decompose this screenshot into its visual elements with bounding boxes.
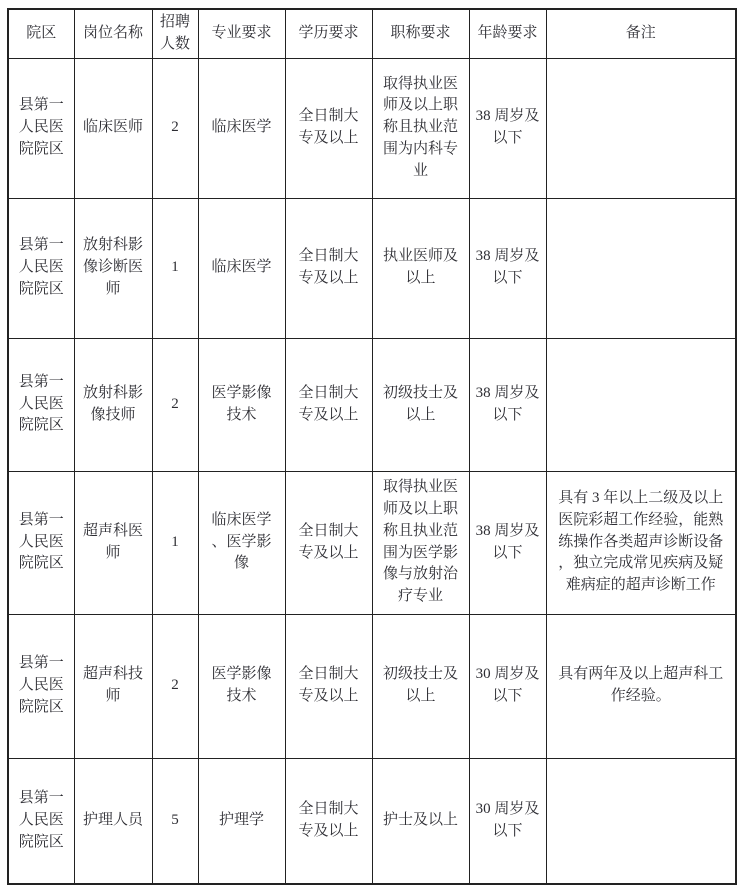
cell-position: 超声科医师 xyxy=(74,471,152,614)
cell-remarks: 具有两年及以上超声科工作经验。 xyxy=(546,614,736,758)
cell-education: 全日制大专及以上 xyxy=(285,614,372,758)
cell-position: 放射科影像技师 xyxy=(74,338,152,471)
cell-education: 全日制大专及以上 xyxy=(285,471,372,614)
column-header-position: 岗位名称 xyxy=(74,9,152,58)
cell-age: 38 周岁及以下 xyxy=(469,471,546,614)
cell-education: 全日制大专及以上 xyxy=(285,198,372,338)
cell-age: 38 周岁及以下 xyxy=(469,338,546,471)
cell-remarks xyxy=(546,198,736,338)
column-header-title-req: 职称要求 xyxy=(372,9,469,58)
cell-major: 护理学 xyxy=(198,758,285,884)
cell-education: 全日制大专及以上 xyxy=(285,338,372,471)
cell-position: 护理人员 xyxy=(74,758,152,884)
cell-major: 临床医学 xyxy=(198,198,285,338)
cell-age: 38 周岁及以下 xyxy=(469,198,546,338)
cell-campus: 县第一人民医院院区 xyxy=(8,198,74,338)
cell-campus: 县第一人民医院院区 xyxy=(8,58,74,198)
cell-title-req: 初级技士及以上 xyxy=(372,614,469,758)
table-header-row: 院区 岗位名称 招聘人数 专业要求 学历要求 职称要求 年龄要求 备注 xyxy=(8,9,736,58)
cell-position: 放射科影像诊断医师 xyxy=(74,198,152,338)
table-row: 县第一人民医院院区 护理人员 5 护理学 全日制大专及以上 护士及以上 30 周… xyxy=(8,758,736,884)
cell-major: 临床医学、医学影像 xyxy=(198,471,285,614)
cell-major: 临床医学 xyxy=(198,58,285,198)
cell-campus: 县第一人民医院院区 xyxy=(8,758,74,884)
cell-age: 30 周岁及以下 xyxy=(469,614,546,758)
column-header-campus: 院区 xyxy=(8,9,74,58)
cell-count: 1 xyxy=(152,471,198,614)
cell-campus: 县第一人民医院院区 xyxy=(8,471,74,614)
cell-title-req: 取得执业医师及以上职称且执业范围为医学影像与放射治疗专业 xyxy=(372,471,469,614)
cell-remarks: 具有 3 年以上二级及以上医院彩超工作经验，能熟练操作各类超声诊断设备，独立完成… xyxy=(546,471,736,614)
recruitment-table-container: 院区 岗位名称 招聘人数 专业要求 学历要求 职称要求 年龄要求 备注 县第一人… xyxy=(7,8,737,885)
cell-major: 医学影像技术 xyxy=(198,338,285,471)
cell-position: 临床医师 xyxy=(74,58,152,198)
cell-position: 超声科技师 xyxy=(74,614,152,758)
cell-campus: 县第一人民医院院区 xyxy=(8,338,74,471)
column-header-remarks: 备注 xyxy=(546,9,736,58)
table-row: 县第一人民医院院区 超声科医师 1 临床医学、医学影像 全日制大专及以上 取得执… xyxy=(8,471,736,614)
table-row: 县第一人民医院院区 放射科影像技师 2 医学影像技术 全日制大专及以上 初级技士… xyxy=(8,338,736,471)
cell-count: 1 xyxy=(152,198,198,338)
table-row: 县第一人民医院院区 放射科影像诊断医师 1 临床医学 全日制大专及以上 执业医师… xyxy=(8,198,736,338)
cell-count: 2 xyxy=(152,338,198,471)
cell-count: 5 xyxy=(152,758,198,884)
column-header-major: 专业要求 xyxy=(198,9,285,58)
cell-title-req: 取得执业医师及以上职称且执业范围为内科专业 xyxy=(372,58,469,198)
cell-education: 全日制大专及以上 xyxy=(285,58,372,198)
recruitment-table: 院区 岗位名称 招聘人数 专业要求 学历要求 职称要求 年龄要求 备注 县第一人… xyxy=(7,8,737,885)
table-row: 县第一人民医院院区 超声科技师 2 医学影像技术 全日制大专及以上 初级技士及以… xyxy=(8,614,736,758)
cell-remarks xyxy=(546,758,736,884)
cell-campus: 县第一人民医院院区 xyxy=(8,614,74,758)
table-row: 县第一人民医院院区 临床医师 2 临床医学 全日制大专及以上 取得执业医师及以上… xyxy=(8,58,736,198)
column-header-education: 学历要求 xyxy=(285,9,372,58)
cell-count: 2 xyxy=(152,614,198,758)
cell-title-req: 初级技士及以上 xyxy=(372,338,469,471)
cell-age: 38 周岁及以下 xyxy=(469,58,546,198)
cell-count: 2 xyxy=(152,58,198,198)
cell-major: 医学影像技术 xyxy=(198,614,285,758)
cell-education: 全日制大专及以上 xyxy=(285,758,372,884)
column-header-count: 招聘人数 xyxy=(152,9,198,58)
cell-remarks xyxy=(546,58,736,198)
cell-age: 30 周岁及以下 xyxy=(469,758,546,884)
cell-title-req: 执业医师及以上 xyxy=(372,198,469,338)
cell-title-req: 护士及以上 xyxy=(372,758,469,884)
cell-remarks xyxy=(546,338,736,471)
column-header-age: 年龄要求 xyxy=(469,9,546,58)
